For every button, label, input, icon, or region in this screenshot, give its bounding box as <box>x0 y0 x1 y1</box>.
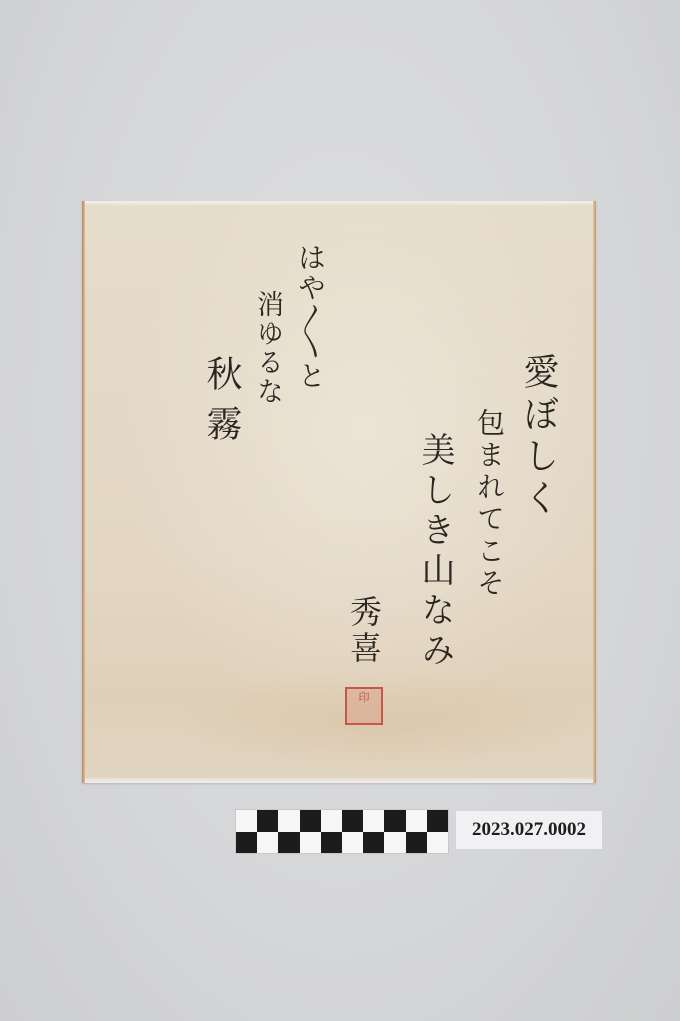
right-poem-column-1: 愛ぼしく <box>520 353 556 521</box>
scale-square <box>278 832 299 854</box>
scale-square <box>406 810 427 832</box>
scale-square <box>363 810 384 832</box>
scale-square <box>236 832 257 854</box>
scale-square <box>321 810 342 832</box>
scale-square <box>300 832 321 854</box>
board-edge-right <box>593 201 596 783</box>
scale-square <box>278 810 299 832</box>
artist-signature: 秀喜 <box>348 595 380 667</box>
scale-square <box>342 832 363 854</box>
scale-square <box>384 810 405 832</box>
left-poem-column-1: はや〳〵と <box>296 243 324 391</box>
scale-square <box>406 832 427 854</box>
board-edge-left <box>82 201 85 783</box>
right-poem-column-3: 美しき山なみ <box>418 432 452 672</box>
left-poem-column-2: 消ゆるな <box>254 290 281 406</box>
artist-seal: 印 <box>345 687 383 725</box>
scale-square <box>236 810 257 832</box>
right-poem-column-2: 包まれてこそ <box>475 408 503 600</box>
scale-square <box>257 832 278 854</box>
scale-square <box>300 810 321 832</box>
board-edge-top <box>82 201 596 205</box>
scale-square <box>384 832 405 854</box>
left-poem-column-3: 秋霧 <box>203 355 239 455</box>
scale-square <box>427 810 448 832</box>
scale-square <box>257 810 278 832</box>
scale-square <box>427 832 448 854</box>
scale-square <box>321 832 342 854</box>
scale-square <box>363 832 384 854</box>
color-scale-bar <box>235 809 449 854</box>
accession-number-label: 2023.027.0002 <box>456 811 602 849</box>
board-edge-bottom <box>82 778 596 783</box>
scale-square <box>342 810 363 832</box>
